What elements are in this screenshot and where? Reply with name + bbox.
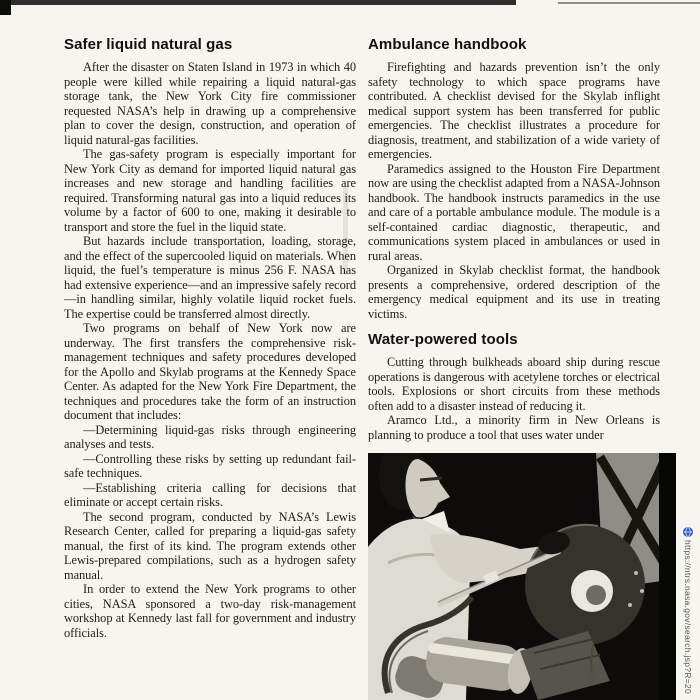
article-paragraph: Aramco Ltd., a minority firm in New Orle… bbox=[368, 413, 660, 442]
article-paragraph: Two programs on behalf of New York now a… bbox=[64, 321, 356, 423]
article-body: Cutting through bulkheads aboard ship du… bbox=[368, 355, 660, 442]
article-heading-safer-liquid-natural-gas: Safer liquid natural gas bbox=[64, 36, 356, 53]
article-paragraph: The gas-safety program is especially imp… bbox=[64, 147, 356, 234]
scanned-document-page: Safer liquid natural gas After the disas… bbox=[0, 0, 700, 700]
scan-artifact-top-line bbox=[558, 2, 700, 4]
article-paragraph: But hazards include transportation, load… bbox=[64, 234, 356, 321]
water-tool-photo bbox=[368, 453, 676, 700]
article-paragraph: Cutting through bulkheads aboard ship du… bbox=[368, 355, 660, 413]
article-paragraph: The second program, conducted by NASA’s … bbox=[64, 510, 356, 583]
article-list-item: —Establishing criteria calling for decis… bbox=[64, 481, 356, 510]
article-paragraph: Paramedics assigned to the Houston Fire … bbox=[368, 162, 660, 264]
scan-artifact-top-strip bbox=[0, 0, 516, 5]
source-link[interactable]: https://ntrs.nasa.gov/search.jsp?R=20 bbox=[677, 527, 699, 700]
article-body: After the disaster on Staten Island in 1… bbox=[64, 60, 356, 640]
article-list-item: —Controlling these risks by setting up r… bbox=[64, 452, 356, 481]
link-globe-icon bbox=[683, 527, 693, 537]
article-body: Firefighting and hazards prevention isn’… bbox=[368, 60, 660, 321]
article-paragraph: After the disaster on Staten Island in 1… bbox=[64, 60, 356, 147]
right-column: Ambulance handbook Firefighting and haza… bbox=[368, 36, 660, 442]
source-url-text[interactable]: https://ntrs.nasa.gov/search.jsp?R=20 bbox=[683, 540, 693, 694]
article-paragraph: Organized in Skylab checklist format, th… bbox=[368, 263, 660, 321]
scan-artifact-corner-mark bbox=[0, 0, 11, 15]
left-column: Safer liquid natural gas After the disas… bbox=[64, 36, 356, 640]
article-heading-ambulance-handbook: Ambulance handbook bbox=[368, 36, 660, 53]
article-list-item: —Determining liquid-gas risks through en… bbox=[64, 423, 356, 452]
article-heading-water-powered-tools: Water-powered tools bbox=[368, 331, 660, 348]
article-paragraph: Firefighting and hazards prevention isn’… bbox=[368, 60, 660, 162]
article-paragraph: In order to extend the New York programs… bbox=[64, 582, 356, 640]
